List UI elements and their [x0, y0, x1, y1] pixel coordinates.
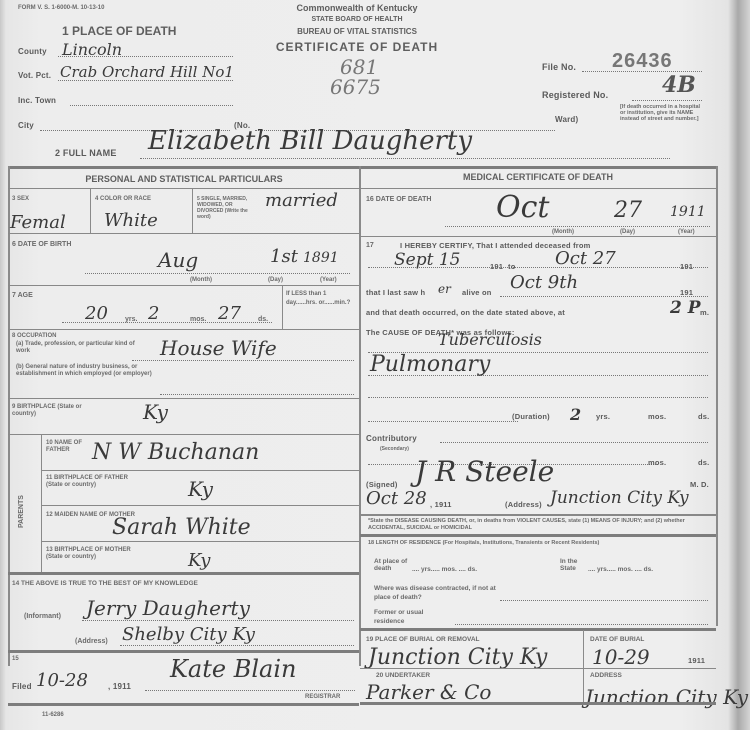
burial-place-label: 19 PLACE OF BURIAL OR REMOVAL	[366, 636, 480, 643]
physician-signature: J R Steele	[415, 455, 554, 488]
death-day: 27	[614, 198, 642, 223]
yrs-caption: yrs.	[125, 316, 137, 323]
year-caption: (Year)	[320, 277, 337, 284]
death-day-caption: (Day)	[620, 229, 635, 236]
cause-line-1: Tuberculosis	[438, 330, 542, 349]
filed-year: , 1911	[108, 682, 131, 691]
at-place-of-death-label: At place of death	[374, 558, 414, 572]
last-saw-date: Oct 9th	[510, 272, 578, 293]
parents-label: PARENTS	[18, 495, 25, 528]
registrar-label: REGISTRAR	[305, 694, 340, 701]
informant-value: Jerry Daugherty	[86, 596, 250, 620]
dob-year: 1891	[303, 250, 339, 266]
duration-years: 2	[570, 405, 581, 424]
md-label: M. D.	[690, 480, 709, 489]
medical-heading: MEDICAL CERTIFICATE OF DEATH	[362, 172, 714, 182]
county-value: Lincoln	[62, 40, 122, 59]
death-month-caption: (Month)	[552, 229, 574, 236]
in-state-units: .... yrs..... mos. .... ds.	[588, 566, 653, 573]
certify-item-no: 17	[366, 242, 374, 249]
registrar-signature: Kate Blain	[170, 655, 296, 683]
father-birthplace-label: 11 BIRTHPLACE OF FATHER (State or countr…	[46, 475, 136, 489]
inc-town-label: Inc. Town	[18, 96, 56, 105]
disease-contracted-label: Where was disease contracted, if not at …	[374, 584, 514, 602]
to-year: 191	[680, 262, 693, 271]
full-name-label: 2 FULL NAME	[55, 148, 117, 158]
file-no-label: File No.	[542, 62, 576, 72]
death-year-caption: (Year)	[678, 229, 695, 236]
filed-date-value: 10-28	[36, 670, 88, 691]
death-year: 1911	[670, 204, 706, 220]
undertaker-address-value: Junction City Ky	[585, 685, 748, 709]
father-name-value: N W Buchanan	[92, 440, 259, 465]
age-label: 7 AGE	[12, 292, 33, 299]
birthplace-label: 9 BIRTHPLACE (State or country)	[12, 404, 102, 418]
burial-place-value: Junction City Ky	[368, 645, 547, 670]
death-time: 2 P	[670, 298, 701, 318]
duration-label: (Duration)	[512, 412, 550, 421]
undertaker-address-label: ADDRESS	[590, 672, 622, 679]
duration-ds-caption: ds.	[698, 412, 709, 421]
place-of-death-heading: 1 PLACE OF DEATH	[62, 24, 176, 38]
birthplace-value: Ky	[143, 400, 168, 424]
sex-value: Femal	[10, 212, 66, 233]
mother-birthplace-value: Ky	[188, 550, 210, 571]
mother-birthplace-label: 13 BIRTHPLACE OF MOTHER (State or countr…	[46, 547, 136, 561]
occupation-value: House Wife	[160, 336, 277, 360]
day-caption: (Day)	[268, 277, 283, 284]
undertaker-label: 20 UNDERTAKER	[376, 672, 430, 679]
color-value: White	[104, 210, 158, 231]
secondary-label: (Secondary)	[380, 446, 409, 453]
mother-name-value: Sarah White	[112, 515, 251, 540]
physician-address-label: (Address)	[505, 500, 542, 509]
signed-year: , 1911	[430, 500, 452, 509]
contributory-ds-caption: ds.	[698, 458, 709, 467]
informant-statement: 14 THE ABOVE IS TRUE TO THE BEST OF MY K…	[12, 580, 198, 587]
informant-address-value: Shelby City Ky	[122, 624, 255, 645]
burial-year: 1911	[688, 656, 705, 665]
filed-item-no: 15	[12, 656, 19, 663]
full-name-value: Elizabeth Bill Daugherty	[148, 126, 472, 156]
burial-date-label: DATE OF BURIAL	[590, 636, 644, 643]
informant-label: (Informant)	[24, 613, 61, 620]
death-month: Oct	[496, 190, 549, 225]
certificate-title: CERTIFICATE OF DEATH	[252, 40, 462, 54]
registered-no-label: Registered No.	[542, 90, 608, 100]
length-of-residence-label: 18 LENGTH OF RESIDENCE (For Hospitals, I…	[368, 540, 713, 547]
contributory-label: Contributory	[366, 434, 417, 443]
informant-address-label: (Address)	[75, 638, 108, 645]
last-saw-pronoun: er	[438, 282, 451, 296]
from-year: 191	[490, 262, 503, 271]
age-days: 27	[218, 303, 241, 324]
registered-no-value: 4B	[662, 72, 696, 98]
form-number: FORM V. S. 1-6000-M. 10-13-10	[18, 5, 104, 12]
bureau-heading: BUREAU OF VITAL STATISTICS	[262, 27, 452, 36]
month-caption: (Month)	[190, 277, 212, 284]
physician-address-value: Junction City Ky	[550, 488, 689, 508]
age-years: 20	[85, 303, 108, 324]
less-than-day-label: If LESS than 1 day......hrs. or......min…	[286, 290, 354, 308]
former-residence-label: Former or usual residence	[374, 608, 454, 626]
attended-to: Oct 27	[555, 248, 616, 269]
marital-value: married	[265, 190, 338, 211]
occupation-label: 8 OCCUPATION	[12, 333, 56, 340]
attended-from: Sept 15	[394, 250, 460, 270]
last-saw-year: 191	[680, 288, 693, 297]
filed-label: Filed	[12, 682, 32, 691]
vot-pct-value: Crab Orchard Hill No1	[60, 63, 234, 81]
father-name-label: 10 NAME OF FATHER	[46, 440, 96, 454]
date-of-death-label: 16 DATE OF DEATH	[366, 196, 431, 203]
occupation-a-label: (a) Trade, profession, or particular kin…	[16, 341, 136, 355]
sex-label: 3 SEX	[12, 196, 29, 203]
handwritten-number-2: 6675	[330, 75, 381, 99]
marital-label: 5 SINGLE, MARRIED, WIDOWED, OR DIVORCED …	[197, 196, 259, 220]
alive-on-text: alive on	[462, 288, 492, 297]
footer-code: 11-6286	[42, 712, 64, 719]
father-birthplace-value: Ky	[188, 477, 213, 501]
hospital-note: [If death occurred in a hospital or inst…	[620, 104, 702, 122]
death-time-suffix: m.	[700, 308, 709, 317]
death-certificate-scan: FORM V. S. 1-6000-M. 10-13-10 Commonweal…	[0, 0, 750, 730]
undertaker-value: Parker & Co	[366, 680, 491, 704]
county-label: County	[18, 47, 47, 56]
signed-date: Oct 28	[366, 488, 427, 509]
violent-causes-footnote: *State the DISEASE CAUSING DEATH, or, in…	[368, 518, 713, 532]
commonwealth-heading: Commonwealth of Kentucky	[262, 3, 452, 13]
burial-date-value: 10-29	[592, 645, 650, 669]
personal-heading: PERSONAL AND STATISTICAL PARTICULARS	[10, 174, 358, 184]
age-months: 2	[148, 303, 159, 324]
dob-label: 6 DATE OF BIRTH	[12, 241, 71, 248]
death-occurred-text: and that death occurred, on the date sta…	[366, 308, 565, 317]
at-place-units: .... yrs..... mos. .... ds.	[412, 566, 477, 573]
vot-pct-label: Vot. Pct.	[18, 71, 51, 80]
dob-day: 1st	[270, 246, 298, 267]
contributory-mos-caption: mos.	[648, 458, 666, 467]
last-saw-text: that I last saw h	[366, 288, 425, 297]
duration-yrs-caption: yrs.	[596, 412, 610, 421]
ward-label: Ward)	[555, 115, 578, 124]
board-heading: STATE BOARD OF HEALTH	[262, 16, 452, 23]
ds-caption: ds.	[258, 316, 268, 323]
city-label: City	[18, 121, 34, 130]
to-label: to	[508, 262, 515, 271]
duration-mos-caption: mos.	[648, 412, 666, 421]
dob-month: Aug	[158, 248, 198, 272]
occupation-b-label: (b) General nature of industry business,…	[16, 364, 166, 378]
color-label: 4 COLOR OR RACE	[95, 196, 151, 203]
cause-line-2: Pulmonary	[370, 352, 490, 377]
mos-caption: mos.	[190, 316, 206, 323]
file-no-value: 26436	[612, 50, 673, 73]
in-state-label: In the State	[560, 558, 590, 572]
